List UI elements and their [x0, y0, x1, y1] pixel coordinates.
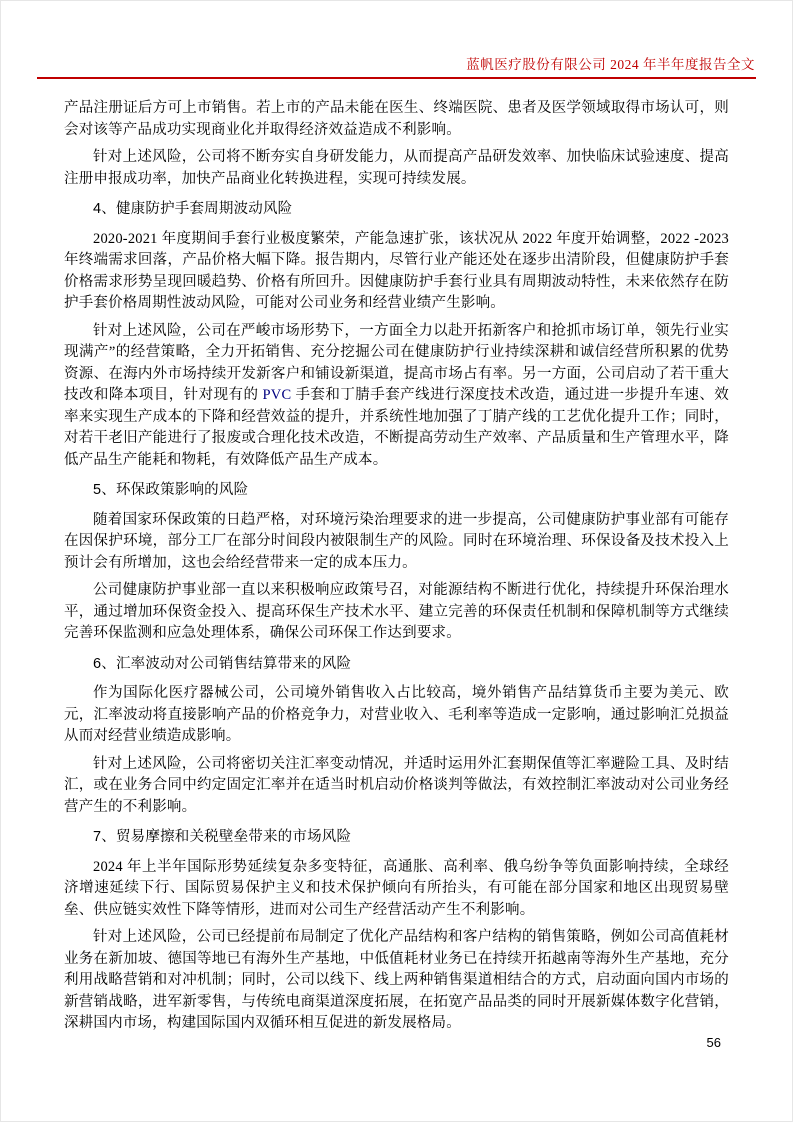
header-divider-rule [37, 77, 756, 79]
body-paragraph: 针对上述风险，公司将密切关注汇率变动情况，并适时运用外汇套期保值等汇率避险工具、… [64, 754, 729, 819]
body-paragraph: 针对上述风险，公司在严峻市场形势下，一方面全力以赴开拓新客户和抢抓市场订单，领先… [64, 321, 729, 472]
report-header-title: 蓝帆医疗股份有限公司 2024 年半年度报告全文 [37, 56, 756, 74]
body-paragraph: 随着国家环保政策的日趋严格，对环境污染治理要求的进一步提高，公司健康防护事业部有… [64, 510, 729, 575]
body-paragraph: 作为国际化医疗器械公司，公司境外销售收入占比较高，境外销售产品结算货币主要为美元… [64, 683, 729, 748]
section-heading-4: 4、健康防护手套周期波动风险 [64, 199, 729, 221]
page-number: 56 [707, 1035, 721, 1050]
pvc-term: PVC [263, 387, 292, 403]
body-paragraph: 针对上述风险，公司将不断夯实自身研发能力，从而提高产品研发效率、加快临床试验速度… [64, 147, 729, 190]
body-paragraph: 公司健康防护事业部一直以来积极响应政策号召，对能源结构不断进行优化，持续提升环保… [64, 580, 729, 645]
report-page: 蓝帆医疗股份有限公司 2024 年半年度报告全文 产品注册证后方可上市销售。若上… [0, 0, 793, 1122]
body-paragraph: 针对上述风险，公司已经提前布局制定了优化产品结构和客户结构的销售策略，例如公司高… [64, 927, 729, 1035]
section-heading-7: 7、贸易摩擦和关税壁垒带来的市场风险 [64, 827, 729, 849]
body-paragraph: 2020-2021 年度期间手套行业极度繁荣，产能急速扩张，该状况从 2022 … [64, 229, 729, 315]
page-footer: 56 [707, 1035, 721, 1050]
body-paragraph-continuation: 产品注册证后方可上市销售。若上市的产品未能在医生、终端医院、患者及医学领域取得市… [64, 98, 729, 141]
section-heading-6: 6、汇率波动对公司销售结算带来的风险 [64, 654, 729, 676]
page-header: 蓝帆医疗股份有限公司 2024 年半年度报告全文 [37, 56, 756, 79]
report-body: 产品注册证后方可上市销售。若上市的产品未能在医生、终端医院、患者及医学领域取得市… [64, 98, 729, 1035]
body-paragraph: 2024 年上半年国际形势延续复杂多变特征，高通胀、高利率、俄乌纷争等负面影响持… [64, 857, 729, 922]
section-heading-5: 5、环保政策影响的风险 [64, 480, 729, 502]
